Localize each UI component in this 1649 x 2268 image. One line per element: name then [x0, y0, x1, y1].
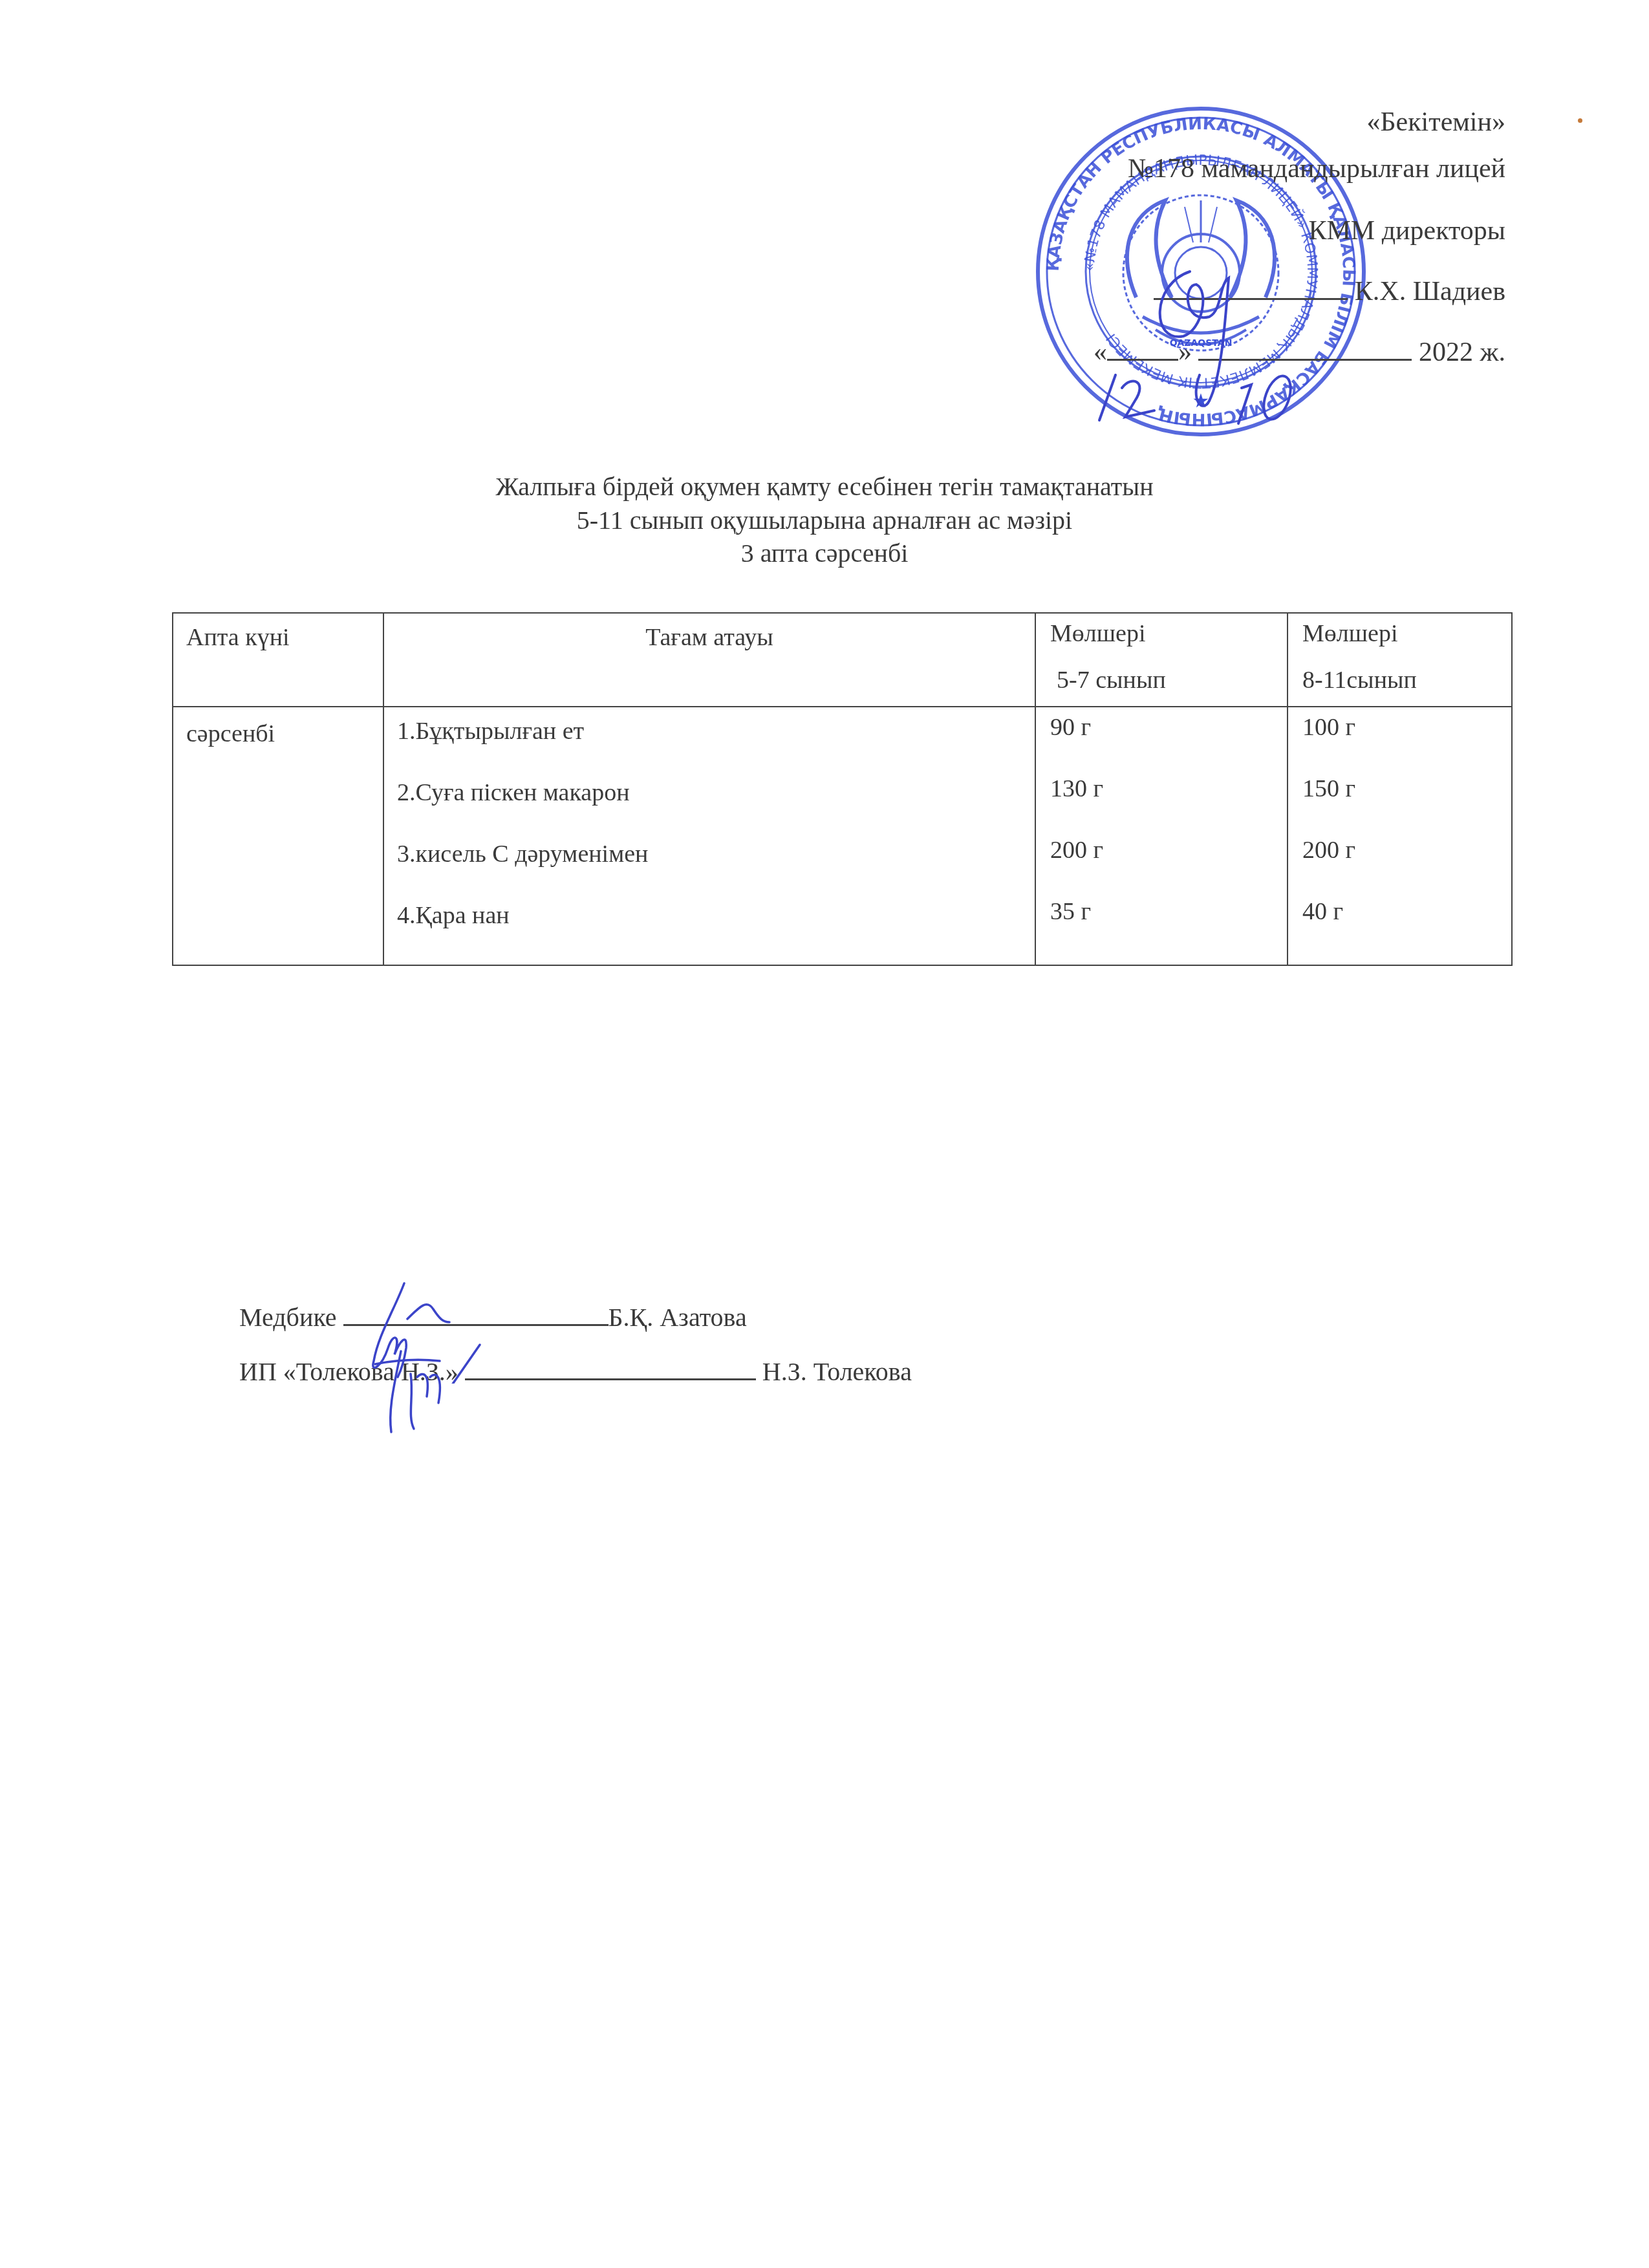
qty-item: 100 г: [1302, 715, 1511, 776]
qty-item: 40 г: [1302, 899, 1511, 961]
table-row: сәрсенбі 1.Бұқтырылған ет 2.Суға піскен …: [173, 707, 1512, 965]
approval-heading: «Бекітемін»: [1366, 109, 1505, 136]
dish-item: 4.Қара нан: [397, 903, 1035, 965]
header-qty-5-7: Мөлшері 5-7 сынып: [1035, 613, 1288, 707]
menu-table: Апта күні Тағам атауы Мөлшері 5-7 сынып …: [172, 612, 1513, 966]
header-dish: Тағам атауы: [383, 613, 1035, 707]
approval-organization: №178 мамандандырылған лицей: [1128, 155, 1505, 182]
date-year: 2022 ж.: [1419, 337, 1505, 367]
dish-item: 2.Суға піскен макарон: [397, 780, 1035, 842]
table-header-row: Апта күні Тағам атауы Мөлшері 5-7 сынып …: [173, 613, 1512, 707]
dish-item: 1.Бұқтырылған ет: [397, 719, 1035, 780]
director-name: К.Х. Шадиев: [1355, 277, 1505, 306]
qty-item: 130 г: [1050, 776, 1287, 838]
document-page: ҚАЗАҚСТАН РЕСПУБЛИКАСЫ АЛМАТЫ ҚАЛАСЫ БІЛ…: [0, 0, 1649, 2268]
qty-item: 200 г: [1050, 838, 1287, 899]
approval-position: КММ директоры: [1308, 217, 1505, 244]
nurse-name: Б.Қ. Азатова: [609, 1303, 747, 1332]
ip-name: Н.З. Толекова: [762, 1357, 912, 1386]
cell-qty-5-7: 90 г 130 г 200 г 35 г: [1035, 707, 1288, 965]
ip-signature-icon: [362, 1345, 504, 1435]
cell-dishes: 1.Бұқтырылған ет 2.Суға піскен макарон 3…: [383, 707, 1035, 965]
title-line-2: 5-11 сынып оқушыларына арналған ас мәзір…: [0, 508, 1649, 533]
header-qty-8-11: Мөлшері 8-11сынып: [1288, 613, 1512, 707]
cell-qty-8-11: 100 г 150 г 200 г 40 г: [1288, 707, 1512, 965]
scan-speck: [1578, 118, 1582, 123]
title-line-3: 3 апта сәрсенбі: [0, 540, 1649, 566]
handwritten-month-icon: [1229, 362, 1300, 427]
title-line-1: Жалпыға бірдей оқумен қамту есебінен тег…: [0, 474, 1649, 500]
header-day: Апта күні: [173, 613, 383, 707]
qty-item: 200 г: [1302, 838, 1511, 899]
cell-day: сәрсенбі: [173, 707, 383, 965]
qty-item: 150 г: [1302, 776, 1511, 838]
ip-signature-blank: [465, 1378, 756, 1380]
date-open-quote: «: [1094, 337, 1107, 367]
dish-item: 3.кисель С дәруменімен: [397, 842, 1035, 903]
qty-item: 90 г: [1050, 715, 1287, 776]
handwritten-day-icon: [1086, 369, 1164, 427]
qty-item: 35 г: [1050, 899, 1287, 961]
